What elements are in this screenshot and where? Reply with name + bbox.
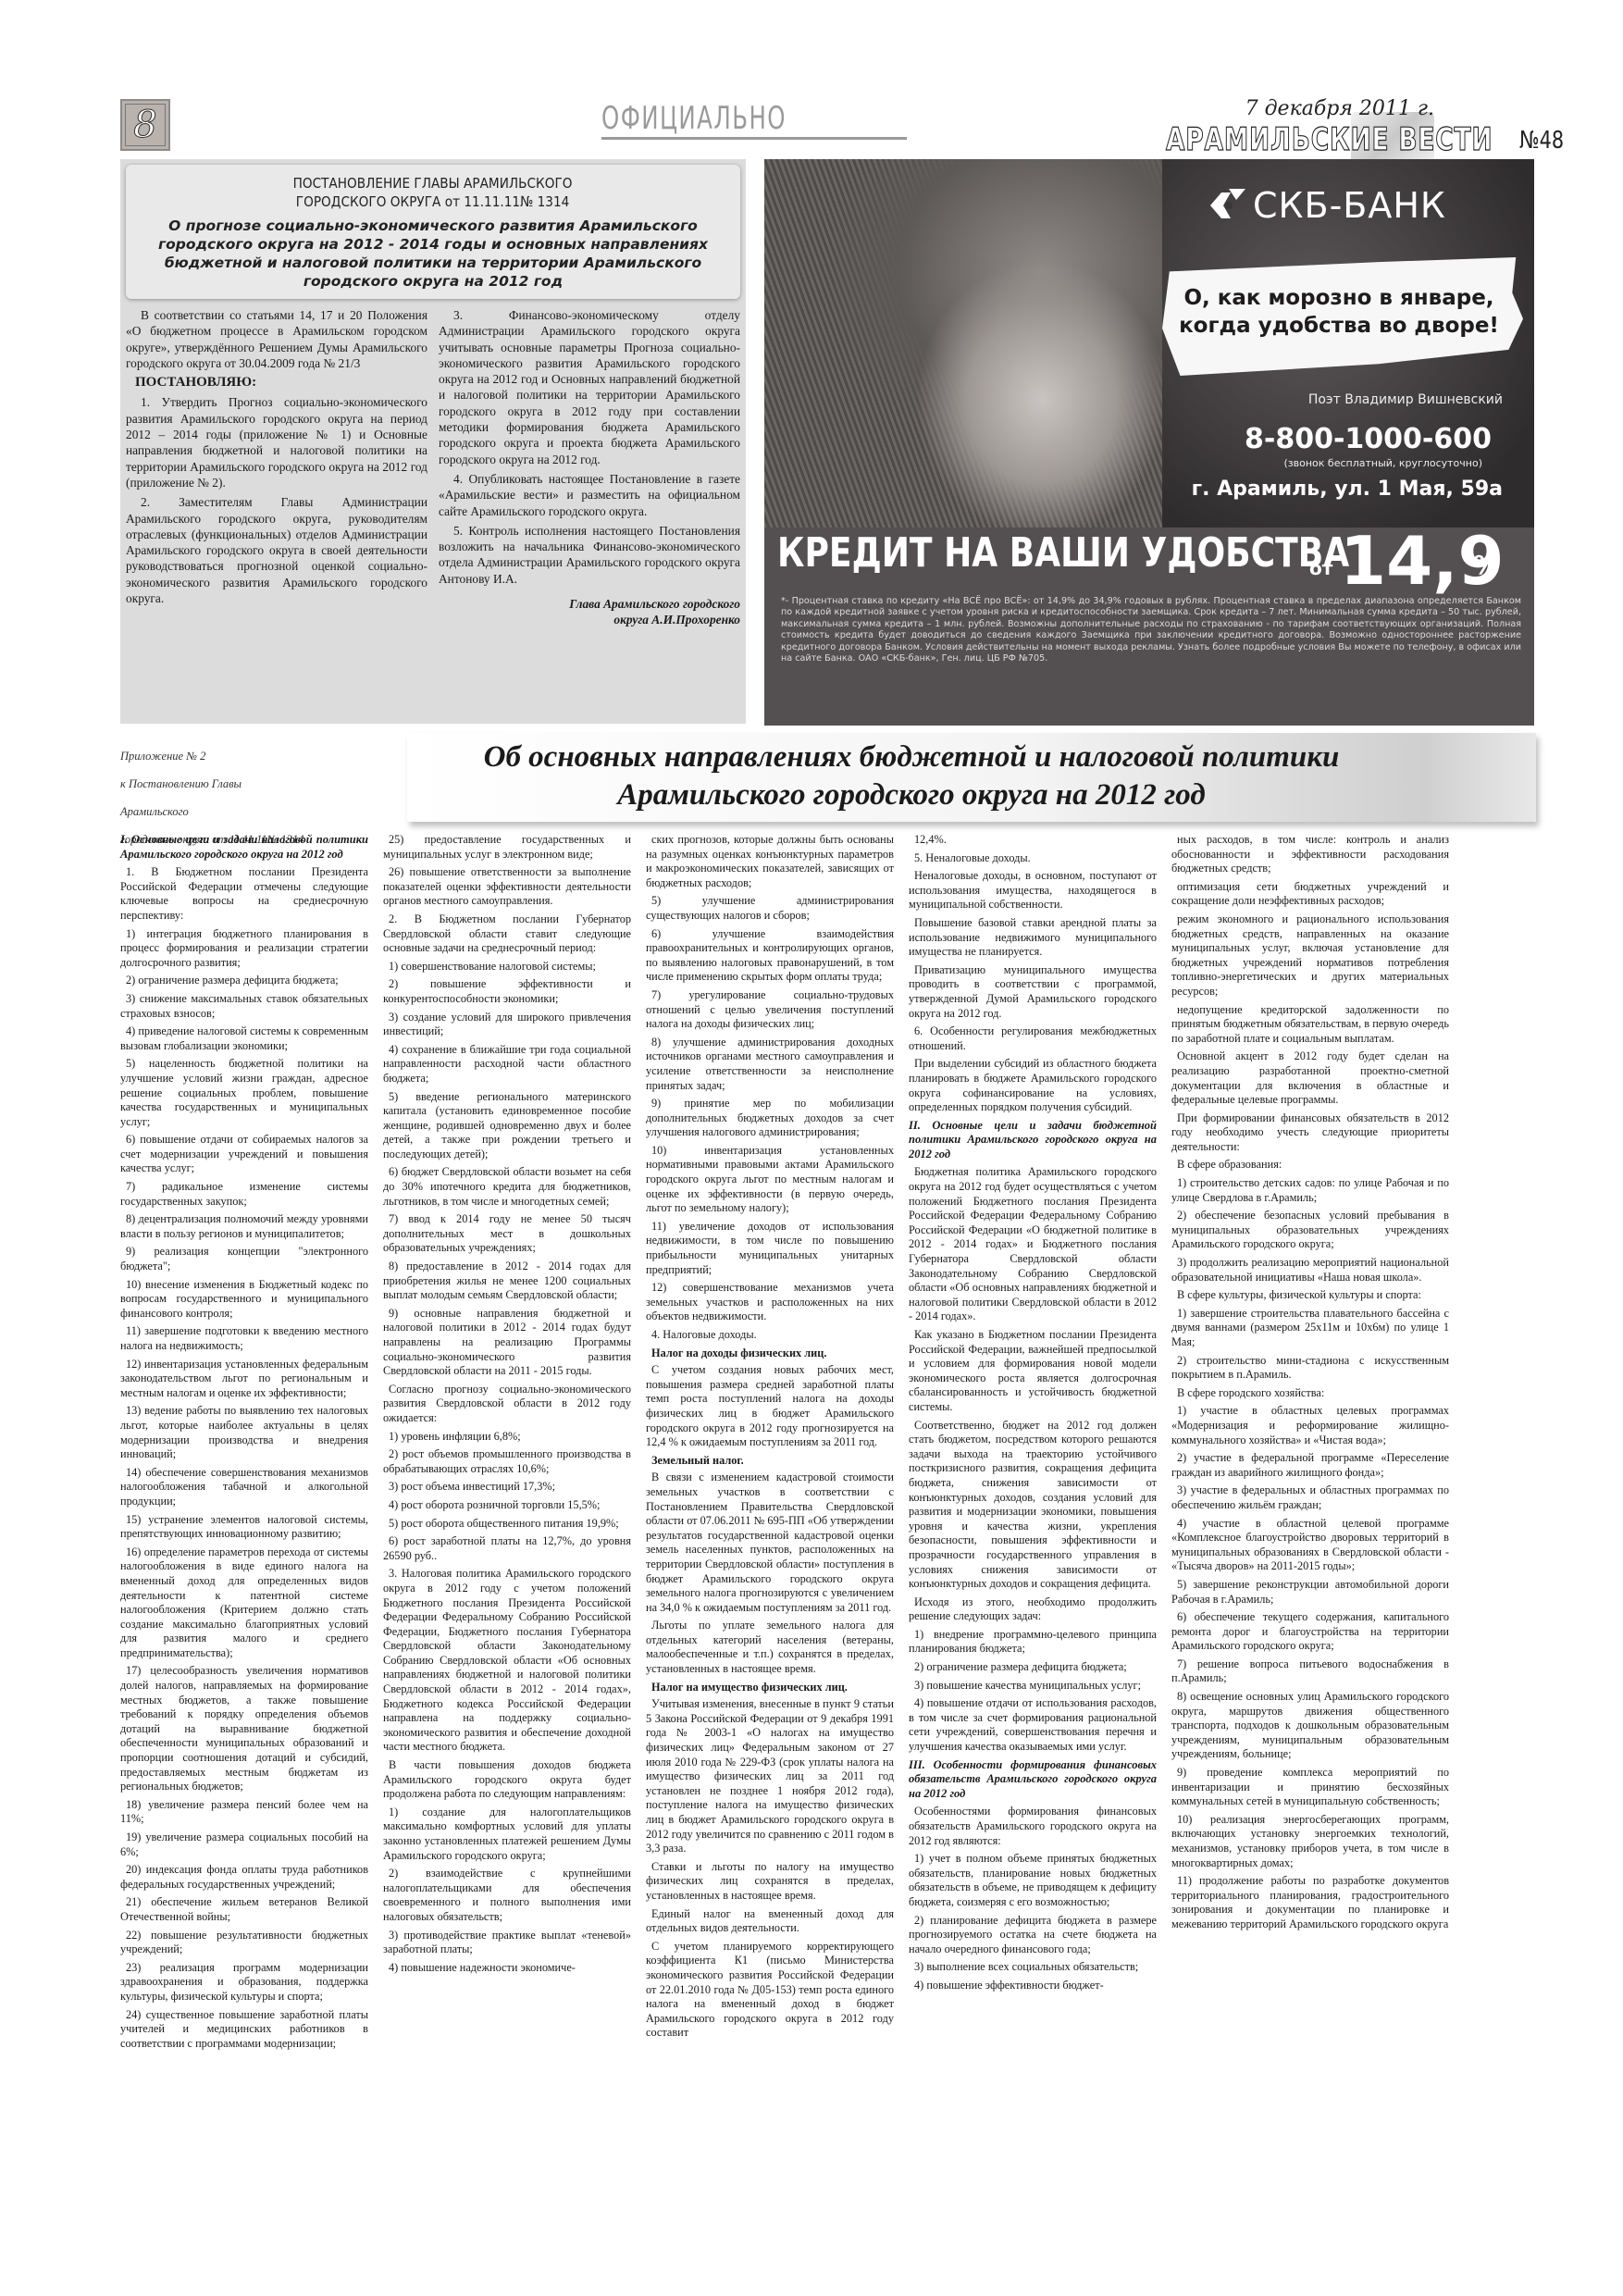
bank-advertisement: СКБ-БАНК О, как морозно в январе, когда … <box>764 159 1534 726</box>
article-paragraph: 5) улучшение администрирования существую… <box>646 894 894 923</box>
article-paragraph: режим экономного и рационального использ… <box>1171 912 1449 999</box>
article-paragraph: Приватизацию муниципального имущества пр… <box>909 963 1157 1021</box>
article-paragraph: 5) введение регионального материнского к… <box>383 1090 631 1162</box>
article-paragraph: В сфере городского хозяйства: <box>1171 1386 1449 1401</box>
article-paragraph: Повышение базовой ставки арендной платы … <box>909 916 1157 960</box>
article-paragraph: 2) взаимодействие с крупнейшими налогопл… <box>383 1867 631 1924</box>
article-heading: III. Особенности формирования финансовых… <box>909 1758 1157 1802</box>
article-paragraph: 2) ограничение размера дефицита бюджета; <box>120 974 368 988</box>
article-heading: II. Основные цели и задачи бюджетной пол… <box>909 1119 1157 1162</box>
article-heading: I. Основные цели и задачи налоговой поли… <box>120 833 368 862</box>
article-paragraph: 1) интеграция бюджетного планирования в … <box>120 927 368 971</box>
article-paragraph: 16) определение параметров перехода от с… <box>120 1545 368 1661</box>
article-paragraph: 17) целесообразность увеличения норматив… <box>120 1664 368 1793</box>
article-paragraph: 8) улучшение администрирования доходных … <box>646 1036 894 1093</box>
article-paragraph: 1) участие в областных целевых программа… <box>1171 1404 1449 1447</box>
article-paragraph: 1) завершение строительства плавательног… <box>1171 1307 1449 1350</box>
article-paragraph: 4) повышение отдачи от использования рас… <box>909 1696 1157 1754</box>
article-paragraph: 1) внедрение программно-целевого принцип… <box>909 1628 1157 1657</box>
article-column-3: ских прогнозов, которые должны быть осно… <box>646 833 894 2044</box>
article-paragraph: 4) рост оборота розничной торговли 15,5%… <box>383 1498 631 1513</box>
article-paragraph: 7) радикальное изменение системы государ… <box>120 1180 368 1209</box>
article-column-5: ных расходов, в том числе: контроль и ан… <box>1171 833 1449 1936</box>
decree-item: 1. Утвердить Прогноз социально-экономиче… <box>126 394 427 490</box>
ad-phone-note: (звонок бесплатный, круглосуточно) <box>1284 457 1483 469</box>
issue-date: 7 декабря 2011 г. <box>1245 97 1434 120</box>
article-paragraph: 5) завершение реконструкции автомобильно… <box>1171 1578 1449 1607</box>
slogan-line1: О, как морозно в январе, <box>1164 284 1514 312</box>
article-paragraph: 12) инвентаризация установленных федерал… <box>120 1358 368 1401</box>
article-paragraph: Как указано в Бюджетном послании Президе… <box>909 1328 1157 1415</box>
article-heading: Налог на доходы физических лиц. <box>646 1347 894 1361</box>
article-column-2: 25) предоставление государственных и мун… <box>383 833 631 1979</box>
decree-resolve: ПОСТАНОВЛЯЮ: <box>126 375 427 391</box>
article-paragraph: При выделении субсидий из областного бюд… <box>909 1057 1157 1114</box>
decree-preamble: В соответствии со статьями 14, 17 и 20 П… <box>126 307 427 371</box>
article-paragraph: 5) нацеленность бюджетной политики на ул… <box>120 1057 368 1129</box>
article-paragraph: 13) ведение работы по выявлению тех нало… <box>120 1404 368 1461</box>
article-paragraph: 2) планирование дефицита бюджета в разме… <box>909 1914 1157 1957</box>
decree-header: ПОСТАНОВЛЕНИЕ ГЛАВЫ АРАМИЛЬСКОГО ГОРОДСК… <box>126 165 740 299</box>
decree-item: 2. Заместителям Главы Администрации Арам… <box>126 494 427 606</box>
article-paragraph: 23) реализация программ модернизации здр… <box>120 1961 368 2004</box>
article-paragraph: Учитывая изменения, внесенные в пункт 9 … <box>646 1697 894 1856</box>
article-paragraph: Соответственно, бюджет на 2012 год долже… <box>909 1419 1157 1592</box>
article-paragraph: Особенностями формирования финансовых об… <box>909 1805 1157 1848</box>
article-paragraph: 2) ограничение размера дефицита бюджета; <box>909 1660 1157 1675</box>
article-paragraph: 21) обеспечение жильем ветеранов Великой… <box>120 1895 368 1924</box>
article-paragraph: В части повышения доходов бюджета Арамил… <box>383 1758 631 1802</box>
ad-fine-print: *- Процентная ставка по кредиту «На ВСЁ … <box>781 596 1521 664</box>
article-paragraph: 9) реализация концепции "электронного бю… <box>120 1245 368 1273</box>
article-paragraph: 11) увеличение доходов от использования … <box>646 1220 894 1277</box>
ad-banner: КРЕДИТ НА ВАШИ УДОБСТВА от 14,9 % <box>777 529 1475 577</box>
article-paragraph: 18) увеличение размера пенсий более чем … <box>120 1798 368 1827</box>
bank-brand: СКБ-БАНК <box>1253 185 1446 226</box>
banner-percent: % <box>1473 550 1499 580</box>
article-paragraph: 4) участие в областной целевой программе… <box>1171 1517 1449 1574</box>
article-paragraph: 3) противодействие практике выплат «тене… <box>383 1929 631 1957</box>
article-paragraph: 2) повышение эффективности и конкурентос… <box>383 977 631 1006</box>
decree-box: ПОСТАНОВЛЕНИЕ ГЛАВЫ АРАМИЛЬСКОГО ГОРОДСК… <box>120 159 746 724</box>
article-paragraph: С учетом планируемого корректирующего ко… <box>646 1940 894 2041</box>
article-paragraph: 6) обеспечение текущего содержания, капи… <box>1171 1610 1449 1654</box>
article-paragraph: 8) децентрализация полномочий между уров… <box>120 1212 368 1241</box>
article-paragraph: 9) проведение комплекса мероприятий по и… <box>1171 1766 1449 1809</box>
article-paragraph: При формировании финансовых обязательств… <box>1171 1111 1449 1155</box>
article-paragraph: 2) участие в федеральной программе «Пере… <box>1171 1451 1449 1480</box>
decree-title: ПОСТАНОВЛЕНИЕ ГЛАВЫ АРАМИЛЬСКОГО ГОРОДСК… <box>293 174 573 211</box>
decree-title-line1: ПОСТАНОВЛЕНИЕ ГЛАВЫ АРАМИЛЬСКОГО <box>293 174 573 192</box>
article-paragraph: С учетом создания новых рабочих мест, по… <box>646 1363 894 1450</box>
article-paragraph: 14) обеспечение совершенствования механи… <box>120 1466 368 1509</box>
article-paragraph: 1. В Бюджетном послании Президента Росси… <box>120 865 368 923</box>
article-paragraph: 4) повышение эффективности бюджет- <box>909 1979 1157 1993</box>
article-paragraph: 6) бюджет Свердловской области возьмет н… <box>383 1165 631 1209</box>
article-paragraph: 1) создание для налогоплательщиков макси… <box>383 1806 631 1863</box>
banner-main: КРЕДИТ НА ВАШИ УДОБСТВА <box>777 529 1349 577</box>
article-paragraph: 7) ввод к 2014 году не менее 50 тысяч до… <box>383 1212 631 1256</box>
article-paragraph: 11) завершение подготовки к введению мес… <box>120 1324 368 1353</box>
article-paragraph: 3) рост объема инвестиций 17,3%; <box>383 1480 631 1495</box>
article-paragraph: оптимизация сети бюджетных учреждений и … <box>1171 880 1449 909</box>
article-paragraph: 15) устранение элементов налоговой систе… <box>120 1513 368 1542</box>
article-column-4: 12,4%.5. Неналоговые доходы.Неналоговые … <box>909 833 1157 1997</box>
signature-line1: Глава Арамильского городского <box>569 597 740 611</box>
article-paragraph: 11) продолжение работы по разработке док… <box>1171 1874 1449 1931</box>
article-paragraph: Ставки и льготы по налогу на имущество ф… <box>646 1860 894 1904</box>
article-paragraph: 10) инвентаризация установленных нормати… <box>646 1144 894 1216</box>
article-paragraph: 10) внесение изменения в Бюджетный кодек… <box>120 1278 368 1322</box>
article-paragraph: 4. Налоговые доходы. <box>646 1328 894 1343</box>
article-paragraph: 8) предоставление в 2012 - 2014 годах дл… <box>383 1260 631 1303</box>
article-paragraph: 6) улучшение взаимодействия правоохранит… <box>646 927 894 985</box>
article-paragraph: 1) совершенствование налоговой системы; <box>383 960 631 974</box>
appendix-note-line2: к Постановлению Главы Арамильского <box>120 770 305 825</box>
ad-phone: 8-800-1000-600 <box>1245 423 1492 455</box>
ad-poet: Поэт Владимир Вишневский <box>1308 392 1503 407</box>
article-paragraph: 2) обеспечение безопасных условий пребыв… <box>1171 1209 1449 1252</box>
decree-item: 5. Контроль исполнения настоящего Постан… <box>439 523 740 587</box>
article-paragraph: Согласно прогнозу социально-экономическо… <box>383 1383 631 1426</box>
article-paragraph: ных расходов, в том числе: контроль и ан… <box>1171 833 1449 876</box>
ad-address: г. Арамиль, ул. 1 Мая, 59а <box>1192 478 1503 501</box>
article-paragraph: 1) уровень инфляции 6,8%; <box>383 1430 631 1445</box>
article-paragraph: 1) строительство детских садов: по улице… <box>1171 1176 1449 1205</box>
decree-title-line2: ГОРОДСКОГО ОКРУГА от 11.11.11№ 1314 <box>293 192 573 211</box>
article-paragraph: В связи с изменением кадастровой стоимос… <box>646 1471 894 1615</box>
article-paragraph: 25) предоставление государственных и мун… <box>383 833 631 862</box>
article-paragraph: 3) снижение максимальных ставок обязател… <box>120 992 368 1021</box>
article-paragraph: 4) сохранение в ближайшие три года социа… <box>383 1043 631 1086</box>
article-paragraph: 7) решение вопроса питьевого водоснабжен… <box>1171 1657 1449 1686</box>
article-paragraph: 6) рост заработной платы на 12,7%, до ур… <box>383 1534 631 1563</box>
article-paragraph: 3) создание условий для широкого привлеч… <box>383 1011 631 1039</box>
article-paragraph: 5. Неналоговые доходы. <box>909 851 1157 866</box>
bank-logo-icon <box>1208 185 1249 226</box>
article-paragraph: В сфере образования: <box>1171 1158 1449 1173</box>
page-number: 8 <box>125 104 166 146</box>
article-paragraph: 8) освещение основных улиц Арамильского … <box>1171 1690 1449 1762</box>
article-paragraph: 19) увеличение размера социальных пособи… <box>120 1831 368 1859</box>
decree-signature: Глава Арамильского городского округа А.И… <box>439 596 740 628</box>
appendix-note-line1: Приложение № 2 <box>120 742 305 770</box>
article-paragraph: 6. Особенности регулирования межбюджетны… <box>909 1024 1157 1053</box>
article-paragraph: 20) индексация фонда оплаты труда работн… <box>120 1863 368 1892</box>
article-paragraph: Неналоговые доходы, в основном, поступаю… <box>909 869 1157 912</box>
article-paragraph: В сфере культуры, физической культуры и … <box>1171 1288 1449 1303</box>
article-paragraph: Льготы по уплате земельного налога для о… <box>646 1619 894 1676</box>
article-paragraph: 3) выполнение всех социальных обязательс… <box>909 1960 1157 1975</box>
slogan-line2: когда удобства во дворе! <box>1164 312 1514 340</box>
article-paragraph: 22) повышение результативности бюджетных… <box>120 1929 368 1957</box>
article-paragraph: Бюджетная политика Арамильского городско… <box>909 1165 1157 1324</box>
article-paragraph: 12,4%. <box>909 833 1157 848</box>
article-paragraph: Исходя из этого, необходимо продолжить р… <box>909 1595 1157 1624</box>
article-paragraph: 3. Налоговая политика Арамильского город… <box>383 1567 631 1755</box>
article-paragraph: 1) учет в полном объеме принятых бюджетн… <box>909 1852 1157 1909</box>
article-paragraph: ских прогнозов, которые должны быть осно… <box>646 833 894 890</box>
article-paragraph: 4) повышение надежности экономиче- <box>383 1961 631 1976</box>
newspaper-name: АРАМИЛЬСКИЕ ВЕСТИ <box>1166 121 1493 158</box>
article-column-1: I. Основные цели и задачи налоговой поли… <box>120 833 368 2054</box>
article-paragraph: 6) повышение отдачи от собираемых налого… <box>120 1133 368 1176</box>
article-paragraph: 9) основные направления бюджетной и нало… <box>383 1307 631 1379</box>
section-title: ОФИЦИАЛЬНО <box>601 100 795 137</box>
article-paragraph: 2) рост объемов промышленного производст… <box>383 1447 631 1476</box>
article-paragraph: 3) участие в федеральных и областных про… <box>1171 1483 1449 1512</box>
article-paragraph: 9) принятие мер по мобилизации дополните… <box>646 1097 894 1140</box>
article-paragraph: 12) совершенствование механизмов учета з… <box>646 1281 894 1324</box>
appendix-title-banner: Об основных направлениях бюджетной и нал… <box>407 733 1536 822</box>
masthead: 7 декабря 2011 г. АРАМИЛЬСКИЕ ВЕСТИ №48 <box>1166 97 1536 167</box>
banner-from: от <box>1309 557 1332 579</box>
decree-subtitle: О прогнозе социально-экономического разв… <box>126 217 740 291</box>
page-number-badge: 8 <box>120 99 170 151</box>
appendix-title: Об основных направлениях бюджетной и нал… <box>407 738 1416 814</box>
appendix-title-line1: Об основных направлениях бюджетной и нал… <box>407 738 1416 776</box>
article-paragraph: 26) повышение ответственности за выполне… <box>383 865 631 909</box>
signature-line2: округа А.И.Прохоренко <box>613 613 740 627</box>
article-paragraph: 5) рост оборота общественного питания 19… <box>383 1517 631 1532</box>
article-paragraph: 2. В Бюджетном послании Губернатор Сверд… <box>383 912 631 956</box>
article-paragraph: недопущение кредиторской задолженности п… <box>1171 1003 1449 1047</box>
article-paragraph: 4) приведение налоговой системы к соврем… <box>120 1024 368 1053</box>
appendix-title-line2: Арамильского городского округа на 2012 г… <box>407 776 1416 814</box>
article-paragraph: 10) реализация энергосберегающих програм… <box>1171 1813 1449 1870</box>
bank-logo: СКБ-БАНК <box>1208 185 1446 226</box>
article-paragraph: 2) строительство мини-стадиона с искусст… <box>1171 1354 1449 1383</box>
article-paragraph: 3) продолжить реализацию мероприятий нац… <box>1171 1256 1449 1285</box>
decree-item: 3. Финансово-экономическому отделу Админ… <box>439 307 740 467</box>
article-heading: Земельный налог. <box>646 1454 894 1469</box>
decree-body: В соответствии со статьями 14, 17 и 20 П… <box>126 307 740 628</box>
ad-slogan: О, как морозно в январе, когда удобства … <box>1164 284 1514 340</box>
article-paragraph: Основной акцент в 2012 году будет сделан… <box>1171 1049 1449 1107</box>
decree-item: 4. Опубликовать настоящее Постановление … <box>439 471 740 519</box>
article-paragraph: 3) повышение качества муниципальных услу… <box>909 1679 1157 1694</box>
issue-number: №48 <box>1519 127 1564 155</box>
article-paragraph: Единый налог на вмененный доход для отде… <box>646 1907 894 1936</box>
section-underline <box>601 137 907 140</box>
article-paragraph: 24) существенное повышение заработной пл… <box>120 2008 368 2052</box>
article-paragraph: 7) урегулирование социально-трудовых отн… <box>646 988 894 1032</box>
article-heading: Налог на имущество физических лиц. <box>646 1681 894 1695</box>
